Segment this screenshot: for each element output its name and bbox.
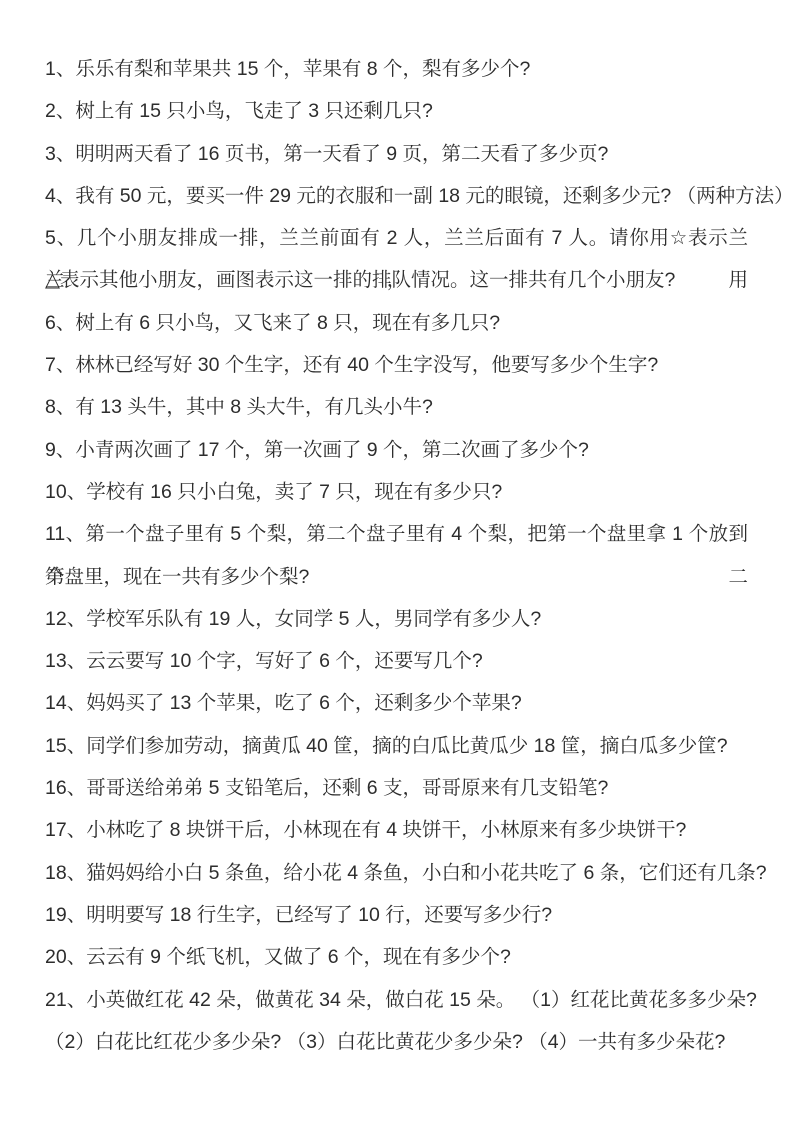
worksheet-page: 1、乐乐有梨和苹果共 15 个，苹果有 8 个，梨有多少个? 2、树上有 15 … [0, 0, 793, 1122]
problem-5-line-2: △表示其他小朋友，画图表示这一排的排队情况。这一排共有几个小朋友? [45, 259, 748, 301]
problem-10-line: 10、学校有 16 只小白兔，卖了 7 只，现在有多少只? [45, 471, 748, 513]
problem-17-line: 17、小林吃了 8 块饼干后，小林现在有 4 块饼干，小林原来有多少块饼干? [45, 809, 748, 851]
problem-5-line-1: 5、几个小朋友排成一排，兰兰前面有 2 人，兰兰后面有 7 人。请你用☆表示兰兰… [45, 217, 748, 259]
problem-11-line-1: 11、第一个盘子里有 5 个梨，第二个盘子里有 4 个梨，把第一个盘里拿 1 个… [45, 513, 748, 555]
problem-13-line: 13、云云要写 10 个字，写好了 6 个，还要写几个? [45, 640, 748, 682]
problem-15-line: 15、同学们参加劳动，摘黄瓜 40 筐，摘的白瓜比黄瓜少 18 筐，摘白瓜多少筐… [45, 725, 748, 767]
problem-2-line: 2、树上有 15 只小鸟，飞走了 3 只还剩几只? [45, 90, 748, 132]
problem-12-line: 12、学校军乐队有 19 人，女同学 5 人，男同学有多少人? [45, 598, 748, 640]
problem-21-line-1: 21、小英做红花 42 朵，做黄花 34 朵，做白花 15 朵。 （1）红花比黄… [45, 979, 748, 1021]
problem-19-line: 19、明明要写 18 行生字，已经写了 10 行，还要写多少行? [45, 894, 748, 936]
problem-21-line-2: （2）白花比红花少多少朵? （3）白花比黄花少多少朵? （4）一共有多少朵花? [45, 1021, 748, 1063]
problem-18-line: 18、猫妈妈给小白 5 条鱼，给小花 4 条鱼，小白和小花共吃了 6 条，它们还… [45, 852, 748, 894]
problem-14-line: 14、妈妈买了 13 个苹果，吃了 6 个，还剩多少个苹果? [45, 682, 748, 724]
problem-9-line: 9、小青两次画了 17 个，第一次画了 9 个，第二次画了多少个? [45, 429, 748, 471]
problem-6-line: 6、树上有 6 只小鸟，又飞来了 8 只，现在有多几只? [45, 302, 748, 344]
problem-20-line: 20、云云有 9 个纸飞机，又做了 6 个，现在有多少个? [45, 936, 748, 978]
problem-4-line: 4、我有 50 元，要买一件 29 元的衣服和一副 18 元的眼镜，还剩多少元?… [45, 175, 748, 217]
problem-3-line: 3、明明两天看了 16 页书，第一天看了 9 页，第二天看了多少页? [45, 133, 748, 175]
problem-16-line: 16、哥哥送给弟弟 5 支铅笔后，还剩 6 支，哥哥原来有几支铅笔? [45, 767, 748, 809]
problem-7-line: 7、林林已经写好 30 个生字，还有 40 个生字没写，他要写多少个生字? [45, 344, 748, 386]
problem-8-line: 8、有 13 头牛，其中 8 头大牛，有几头小牛? [45, 386, 748, 428]
problem-1-line: 1、乐乐有梨和苹果共 15 个，苹果有 8 个，梨有多少个? [45, 48, 748, 90]
